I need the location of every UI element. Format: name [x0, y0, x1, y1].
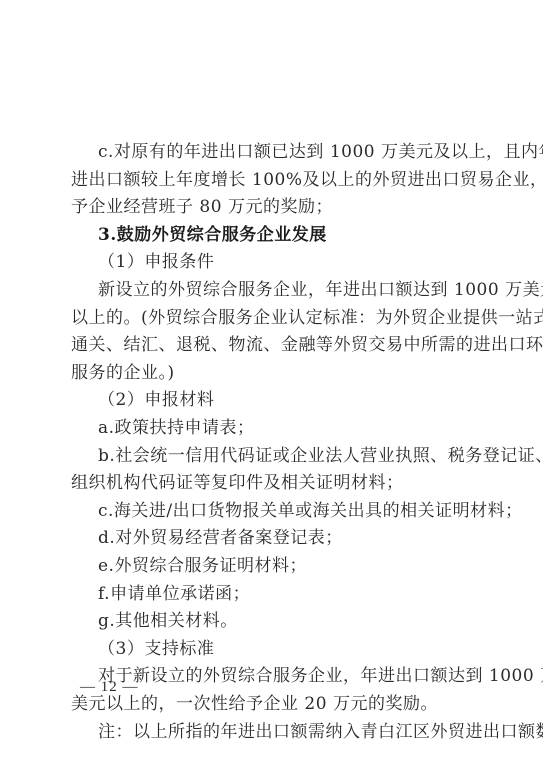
text-line: 注：以上所指的年进出口额需纳入青白江区外贸进出口额数 [98, 719, 473, 746]
text-line: g.其他相关材料。 [98, 608, 473, 635]
text-line: （2）申报材料 [98, 387, 473, 414]
text-line: a.政策扶持申请表； [98, 415, 473, 442]
text-line: 以上的。(外贸综合服务企业认定标准：为外贸企业提供一站式 [71, 305, 473, 332]
text-line: b.社会统一信用代码证或企业法人营业执照、税务登记证、 [98, 443, 473, 470]
text-line: 服务的企业。) [71, 360, 473, 387]
page-number: — 12 — [80, 679, 139, 696]
text-line: c.海关进/出口货物报关单或海关出具的相关证明材料； [98, 498, 473, 525]
text-line: 通关、结汇、退税、物流、金融等外贸交易中所需的进出口环节 [71, 332, 473, 359]
document-page: c.对原有的年进出口额已达到 1000 万美元及以上，且内年进出口额较上年度增长… [0, 0, 543, 768]
text-line: 对于新设立的外贸综合服务企业，年进出口额达到 1000 万 [98, 663, 473, 690]
text-line: d.对外贸易经营者备案登记表； [98, 525, 473, 552]
text-line: c.对原有的年进出口额已达到 1000 万美元及以上，且内年 [98, 139, 473, 166]
section-heading: 3.鼓励外贸综合服务企业发展 [98, 222, 473, 249]
text-line: e.外贸综合服务证明材料； [98, 553, 473, 580]
text-line: 组织机构代码证等复印件及相关证明材料； [71, 470, 473, 497]
text-line: 进出口额较上年度增长 100%及以上的外贸进出口贸易企业，给 [71, 167, 473, 194]
text-line: （1）申报条件 [98, 249, 473, 276]
text-line: f.申请单位承诺函； [98, 581, 473, 608]
text-line: （3）支持标准 [98, 636, 473, 663]
text-line: 新设立的外贸综合服务企业，年进出口额达到 1000 万美元 [98, 277, 473, 304]
text-line: 予企业经营班子 80 万元的奖励； [71, 194, 473, 221]
